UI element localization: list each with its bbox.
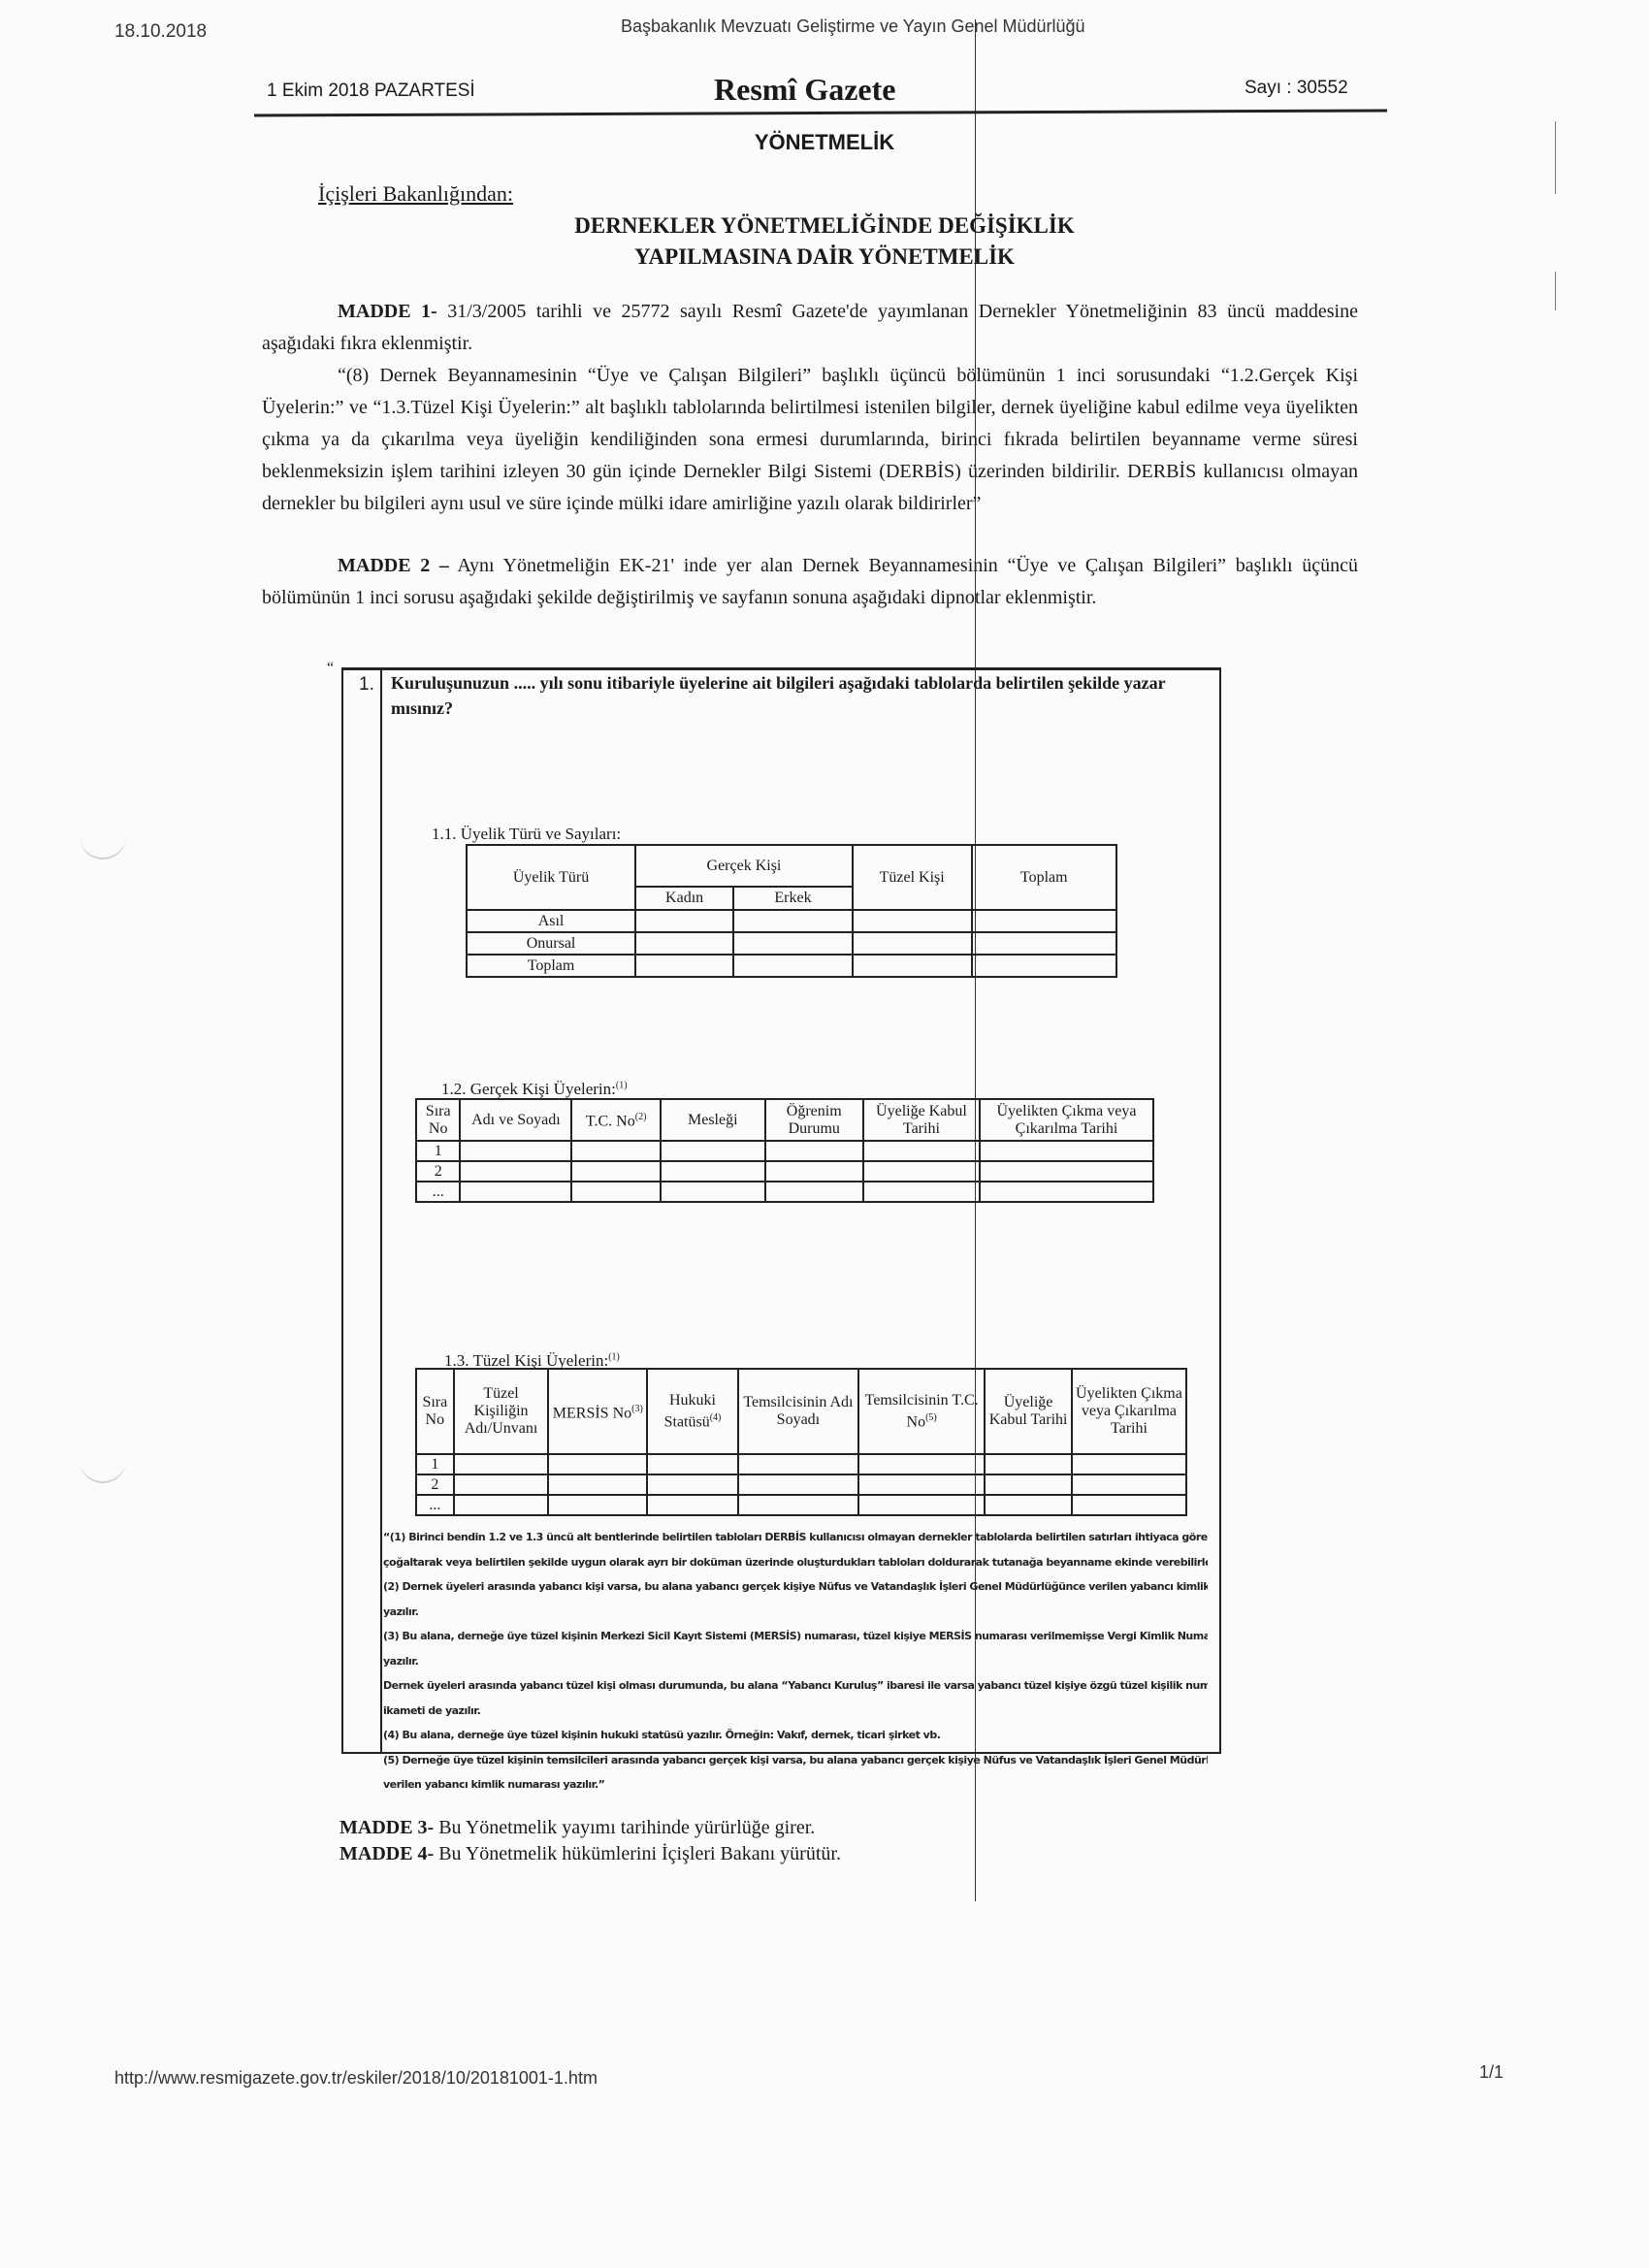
membership-types-table: Üyelik Türü Gerçek Kişi Tüzel Kişi Topla… (466, 844, 1117, 978)
table-row: 2 (416, 1474, 1186, 1495)
punch-hole (80, 836, 126, 859)
table-cell (863, 1182, 980, 1202)
column-header: Adı ve Soyadı (460, 1099, 571, 1141)
column-header: Hukuki Statüsü(4) (647, 1369, 738, 1454)
table-cell (1072, 1474, 1186, 1495)
column-header: Sıra No (416, 1099, 460, 1141)
row-label: Onursal (467, 932, 635, 955)
table-cell (863, 1161, 980, 1182)
table-cell (985, 1495, 1072, 1515)
footnote-ref: (1) (608, 1351, 620, 1362)
article-1: MADDE 1- 31/3/2005 tarihli ve 25772 sayı… (262, 296, 1358, 360)
row-number: ... (416, 1495, 454, 1515)
print-date: 18.10.2018 (114, 21, 207, 43)
table-cell (738, 1474, 858, 1495)
table-cell (548, 1495, 647, 1515)
footnote-line: Dernek üyeleri arasında yabancı tüzel ki… (383, 1673, 1208, 1699)
form-open-quote: “ (327, 660, 334, 677)
table-row: Onursal (467, 932, 1116, 955)
table-cell (985, 1454, 1072, 1474)
page-number: 1/1 (1479, 2062, 1503, 2083)
row-number: 2 (416, 1161, 460, 1182)
column-header: Temsilcisinin Adı Soyadı (738, 1369, 858, 1454)
source-url-link[interactable]: http://www.resmigazete.gov.tr/eskiler/20… (114, 2068, 598, 2089)
question-number: 1. (359, 674, 374, 696)
footnote-line: yazılır. (383, 1649, 1208, 1674)
print-source: Başbakanlık Mevzuatı Geliştirme ve Yayın… (621, 16, 1085, 37)
article-4: MADDE 4- Bu Yönetmelik hükümlerini İçişl… (339, 1843, 841, 1865)
article-4-label: MADDE 4- (339, 1843, 434, 1864)
table-1-1-caption: 1.1. Üyelik Türü ve Sayıları: (432, 825, 621, 844)
gazette-date: 1 Ekim 2018 PAZARTESİ (267, 81, 475, 102)
column-header: Mesleği (661, 1099, 765, 1141)
column-header: MERSİS No(3) (548, 1369, 647, 1454)
table-cell (661, 1141, 765, 1161)
table-cell (980, 1141, 1153, 1161)
table-cell (571, 1161, 661, 1182)
scan-edge-mark (1555, 272, 1556, 310)
col-total: Toplam (972, 845, 1116, 910)
row-number: 1 (416, 1141, 460, 1161)
table-cell (460, 1182, 571, 1202)
row-number: 2 (416, 1474, 454, 1495)
table-cell (765, 1141, 863, 1161)
table-cell (738, 1454, 858, 1474)
article-3: MADDE 3- Bu Yönetmelik yayımı tarihinde … (339, 1817, 815, 1839)
gazette-title: Resmî Gazete (714, 72, 895, 108)
legal-person-members-table: Sıra NoTüzel Kişiliğin Adı/UnvanıMERSİS … (415, 1368, 1187, 1516)
natural-person-members-table: Sıra NoAdı ve SoyadıT.C. No(2)MesleğiÖğr… (415, 1098, 1154, 1203)
row-number: 1 (416, 1454, 454, 1474)
row-label: Toplam (467, 955, 635, 977)
table-cell (980, 1182, 1153, 1202)
table-row: Toplam (467, 955, 1116, 977)
column-header: Üyelikten Çıkma veya Çıkarılma Tarihi (1072, 1369, 1186, 1454)
issuing-ministry: İçişleri Bakanlığından: (318, 181, 513, 207)
table-cell (460, 1161, 571, 1182)
footnote-line: ikameti de yazılır. (383, 1699, 1208, 1724)
col-natural-person: Gerçek Kişi (635, 845, 853, 887)
caption-text: 1.2. Gerçek Kişi Üyelerin: (441, 1080, 616, 1098)
table-row: Asıl (467, 910, 1116, 932)
gazette-issue: Sayı : 30552 (1245, 78, 1348, 99)
table-cell (548, 1474, 647, 1495)
question-text: Kuruluşunuzun ..... yılı sonu itibariyle… (391, 670, 1206, 721)
table-cell (647, 1495, 738, 1515)
col-membership-type: Üyelik Türü (467, 845, 635, 910)
table-cell (454, 1454, 549, 1474)
table-cell (858, 1474, 985, 1495)
table-cell (980, 1161, 1153, 1182)
punch-hole (80, 1460, 126, 1483)
column-header: Tüzel Kişiliğin Adı/Unvanı (454, 1369, 549, 1454)
article-3-text: Bu Yönetmelik yayımı tarihinde yürürlüğe… (434, 1817, 815, 1838)
table-cell (1072, 1454, 1186, 1474)
table-cell (571, 1141, 661, 1161)
article-2-label: MADDE 2 – (338, 555, 449, 576)
footnote-line: (3) Bu alana, derneğe üye tüzel kişinin … (383, 1624, 1208, 1649)
article-1-label: MADDE 1- (338, 301, 437, 322)
table-cell (454, 1474, 549, 1495)
footnote-line: yazılır. (383, 1600, 1208, 1625)
table-cell (765, 1161, 863, 1182)
column-header: Üyelikten Çıkma veya Çıkarılma Tarihi (980, 1099, 1153, 1141)
article-1-quote-text: “(8) Dernek Beyannamesinin “Üye ve Çalış… (262, 365, 1358, 514)
table-row: 1 (416, 1141, 1153, 1161)
table-cell (863, 1141, 980, 1161)
table-row: ... (416, 1495, 1186, 1515)
table-cell (460, 1141, 571, 1161)
footnote-line: (5) Derneğe üye tüzel kişinin temsilcile… (383, 1748, 1208, 1773)
article-4-text: Bu Yönetmelik hükümlerini İçişleri Bakan… (434, 1843, 841, 1864)
row-number: ... (416, 1182, 460, 1202)
table-cell (661, 1182, 765, 1202)
col-female: Kadın (635, 887, 733, 910)
regulation-title-line1: DERNEKLER YÖNETMELİĞİNDE DEĞİŞİKLİK (0, 213, 1649, 239)
table-cell (548, 1454, 647, 1474)
col-legal-person: Tüzel Kişi (853, 845, 972, 910)
table-cell (738, 1495, 858, 1515)
table-cell (647, 1474, 738, 1495)
table-cell (985, 1474, 1072, 1495)
column-header: Üyeliğe Kabul Tarihi (863, 1099, 980, 1141)
table-cell (858, 1454, 985, 1474)
footnote-line: (2) Dernek üyeleri arasında yabancı kişi… (383, 1574, 1208, 1600)
form-footnotes: “(1) Birinci bendin 1.2 ve 1.3 üncü alt … (383, 1525, 1208, 1798)
table-1-2-caption: 1.2. Gerçek Kişi Üyelerin:(1) (441, 1080, 628, 1099)
column-header: Temsilcisinin T.C. No(5) (858, 1369, 985, 1454)
col-male: Erkek (733, 887, 853, 910)
footnote-line: (4) Bu alana, derneğe üye tüzel kişinin … (383, 1723, 1208, 1748)
footnote-line: verilen yabancı kimlik numarası yazılır.… (383, 1772, 1208, 1798)
footnote-line: çoğaltarak veya belirtilen şekilde uygun… (383, 1550, 1208, 1575)
table-cell (858, 1495, 985, 1515)
article-1-quote: “(8) Dernek Beyannamesinin “Üye ve Çalış… (262, 360, 1358, 520)
article-3-label: MADDE 3- (339, 1817, 434, 1838)
masthead-rule (254, 109, 1387, 116)
table-cell (454, 1495, 549, 1515)
table-cell (1072, 1495, 1186, 1515)
column-header: Sıra No (416, 1369, 454, 1454)
footnote-line: “(1) Birinci bendin 1.2 ve 1.3 üncü alt … (383, 1525, 1208, 1550)
column-header: Öğrenim Durumu (765, 1099, 863, 1141)
regulation-title-line2: YAPILMASINA DAİR YÖNETMELİK (0, 244, 1649, 270)
column-header: Üyeliğe Kabul Tarihi (985, 1369, 1072, 1454)
table-cell (661, 1161, 765, 1182)
row-label: Asıl (467, 910, 635, 932)
table-row: 2 (416, 1161, 1153, 1182)
article-2: MADDE 2 – Aynı Yönetmeliğin EK-21' inde … (262, 550, 1358, 614)
column-header: T.C. No(2) (571, 1099, 661, 1141)
table-row: 1 (416, 1454, 1186, 1474)
footnote-ref: (1) (616, 1080, 628, 1090)
table-cell (647, 1454, 738, 1474)
table-cell (571, 1182, 661, 1202)
section-title: YÖNETMELİK (0, 130, 1649, 155)
table-cell (765, 1182, 863, 1202)
table-row: ... (416, 1182, 1153, 1202)
